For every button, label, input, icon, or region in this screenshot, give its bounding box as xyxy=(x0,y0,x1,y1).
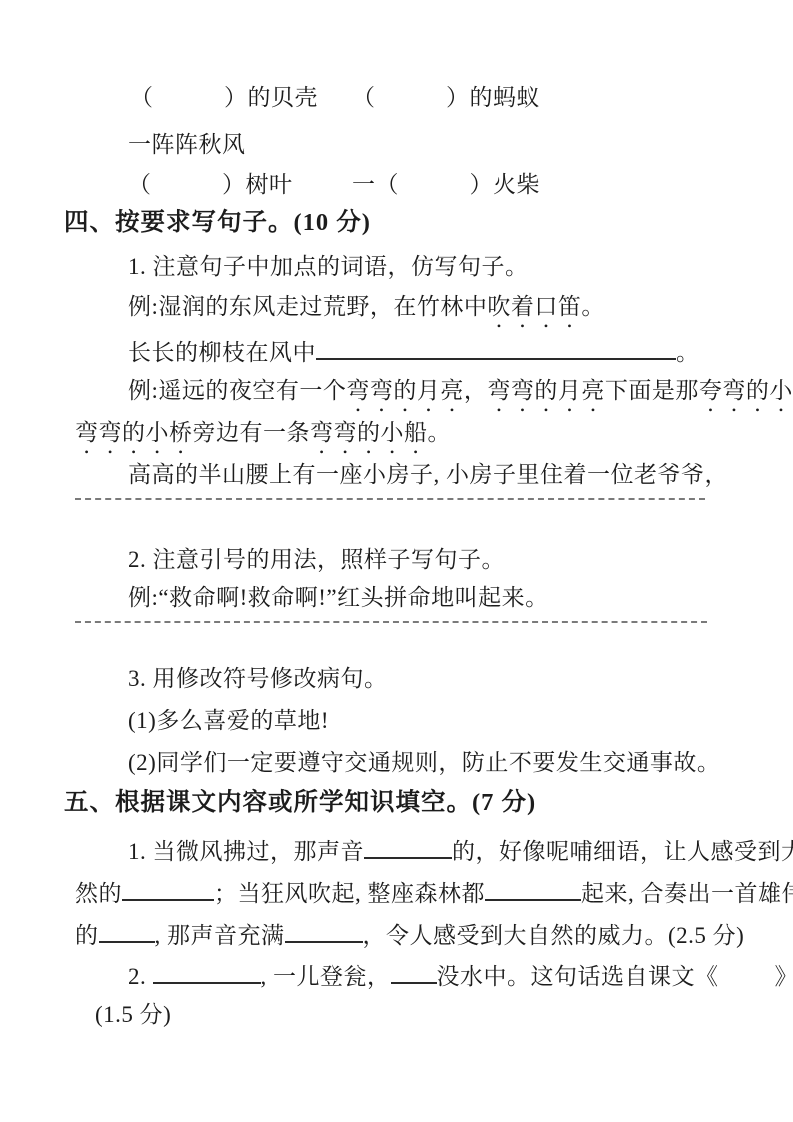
q5-1-seg: , 那声音充满 xyxy=(155,923,285,948)
ex2-emphasized: 弯弯的月亮 xyxy=(346,378,464,403)
q4-1-label: 1. 注意句子中加点的词语，仿写句子。 xyxy=(128,252,529,282)
example1-emphasized: 吹着口笛 xyxy=(487,294,581,319)
q5-2-seg: 2. xyxy=(128,964,153,989)
fill-blank xyxy=(316,334,676,360)
q4-3-item1: (1)多么喜爱的草地! xyxy=(128,706,329,736)
q4-1-fill-line: 长长的柳枝在风中。 xyxy=(128,334,700,368)
q4-1-example1: 例:湿润的东风走过荒野，在竹林中吹着口笛。 xyxy=(128,292,605,333)
q5-1-line1: 1. 当微风拂过，那声音的，好像呢哺细语，让人感受到大自 xyxy=(128,833,793,867)
q4-2-label: 2. 注意引号的用法，照样子写句子。 xyxy=(128,545,505,575)
q4-1-prompt: 高高的半山腰上有一座小房子, 小房子里住着一位老爷爷， xyxy=(128,460,728,490)
ex2-emphasized: 弯弯的小船 xyxy=(310,420,428,445)
q5-1-seg: 的 xyxy=(75,923,99,948)
q5-1-seg: 1. 当微风拂过，那声音 xyxy=(128,839,364,864)
q5-2-blank xyxy=(391,958,437,984)
section4-heading: 四、按要求写句子。(10 分) xyxy=(64,208,371,238)
q5-2-seg: 没水中。这句话选自课文《 xyxy=(437,964,719,989)
q5-1-blank xyxy=(122,875,214,901)
fill-post: 。 xyxy=(676,340,700,365)
q5-1-seg: 起来, 合奏出一首雄伟 xyxy=(581,881,793,906)
example1-text: 例:湿润的东风走过荒野，在竹林中 xyxy=(128,294,487,319)
answer-line xyxy=(75,498,705,500)
worksheet-page: （ ）的贝壳 （ ）的蚂蚁 一阵阵秋风 （ ）树叶 一（ ）火柴 四、按要求写句… xyxy=(0,0,793,1122)
ex2-seg: 下面是那 xyxy=(605,378,699,403)
ex2-emphasized: 弯弯的月亮 xyxy=(487,378,605,403)
q5-1-seg: ，令人感受到大自然的威力。(2.5 分) xyxy=(363,923,745,948)
q4-1-example2-line2: 弯弯的小桥旁边有一条弯弯的小船。 xyxy=(75,418,451,459)
ex2-seg: 例:遥远的夜空有一个 xyxy=(128,378,346,403)
q5-1-blank xyxy=(285,917,363,943)
phrase-match: 一（ ）火柴 xyxy=(352,170,540,200)
q5-1-seg: 然的 xyxy=(75,881,122,906)
q5-1-blank xyxy=(99,917,155,943)
q4-1-example2-line1: 例:遥远的夜空有一个弯弯的月亮，弯弯的月亮下面是那夸弯的小桥， xyxy=(128,376,793,417)
phrase-shell: （ ）的贝壳 xyxy=(130,83,318,113)
q4-2-example: 例:“救命啊!救命啊!”红头拼命地叫起来。 xyxy=(128,583,549,613)
q5-2-points: (1.5 分) xyxy=(95,1000,171,1030)
phrase-autumn-wind: 一阵阵秋风 xyxy=(128,130,246,160)
phrase-leaves: （ ）树叶 xyxy=(128,170,293,200)
q5-2-seg: 》 xyxy=(775,964,793,989)
ex2-seg: ， xyxy=(464,378,488,403)
q4-3-label: 3. 用修改符号修改病句。 xyxy=(128,664,388,694)
q5-2-title-gap xyxy=(719,960,775,984)
ex2-emphasized: 夸弯的小桥 xyxy=(699,378,793,403)
fill-pre: 长长的柳枝在风中 xyxy=(128,340,316,365)
ex2-seg: 。 xyxy=(428,420,452,445)
q5-2-blank xyxy=(153,958,261,984)
example1-period: 。 xyxy=(581,294,605,319)
q5-1-seg: ；当狂风吹起, 整座森林都 xyxy=(214,881,485,906)
q5-2-seg: , 一儿登瓮， xyxy=(261,964,391,989)
q5-1-blank xyxy=(485,875,581,901)
q5-1-blank xyxy=(364,833,452,859)
q5-2-line1: 2. , 一儿登瓮，没水中。这句话选自课文《》 xyxy=(128,958,793,992)
q4-3-item2: (2)同学们一定要遵守交通规则，防止不要发生交通事故。 xyxy=(128,748,720,778)
q5-1-seg: 的，好像呢哺细语，让人感受到大自 xyxy=(452,839,793,864)
answer-line xyxy=(75,621,707,623)
q5-1-line2: 然的；当狂风吹起, 整座森林都起来, 合奏出一首雄伟 xyxy=(75,875,793,909)
phrase-ant: （ ）的蚂蚁 xyxy=(352,83,540,113)
ex2-seg: 旁边有一条 xyxy=(193,420,311,445)
q5-1-line3: 的, 那声音充满，令人感受到大自然的威力。(2.5 分) xyxy=(75,917,744,951)
ex2-emphasized: 弯弯的小桥 xyxy=(75,420,193,445)
section5-heading: 五、根据课文内容或所学知识填空。(7 分) xyxy=(64,788,536,818)
